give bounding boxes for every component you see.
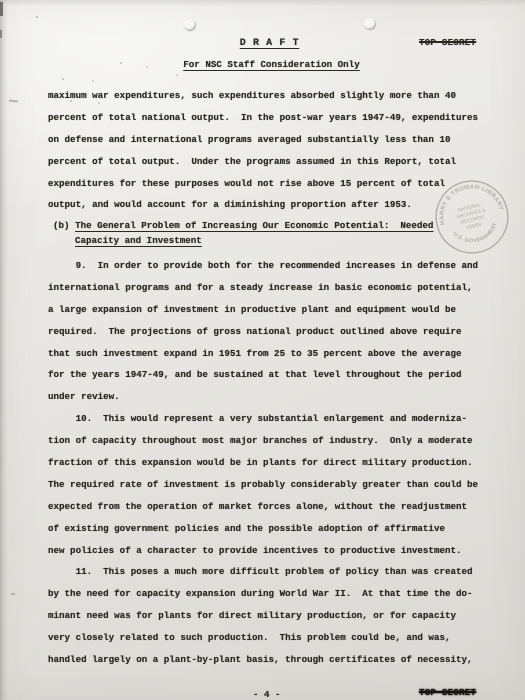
document-subtitle-text: For NSC Staff Consideration Only: [183, 59, 359, 70]
section-heading-text1: The General Problem of Increasing Our Ec…: [75, 220, 433, 231]
text-line: of existing government policies and the …: [48, 518, 478, 540]
text-line: that such investment expand in 1951 from…: [48, 343, 478, 365]
document-title-text: D R A F T: [240, 38, 299, 49]
section-heading-line2: Capacity and Investment: [75, 233, 433, 248]
body-paragraphs: 9. In order to provide both for the reco…: [48, 255, 478, 671]
document-subtitle: For NSC Staff Consideration Only: [9, 59, 525, 70]
text-line: tion of capacity throughout most major b…: [48, 430, 478, 452]
document-page: TOP SECRET D R A F T For NSC Staff Consi…: [0, 0, 525, 700]
margin-pencil-mark: [11, 593, 15, 595]
hole-punch: [184, 19, 196, 31]
section-heading-text2: Capacity and Investment: [75, 235, 202, 246]
text-line: percent of total national output. In the…: [48, 107, 478, 129]
text-line: new policies of a character to provide i…: [48, 540, 478, 562]
paragraph-8-continuation: maximum war expenditures, such expenditu…: [48, 85, 478, 216]
text-line: handled largely on a plant-by-plant basi…: [48, 649, 478, 671]
document-title: D R A F T: [7, 38, 525, 49]
text-line: 11. This poses a much more difficult pro…: [48, 561, 478, 583]
section-label: (b): [53, 220, 75, 231]
text-line: maximum war expenditures, such expenditu…: [48, 85, 478, 107]
text-line: output, and would account for a diminish…: [48, 194, 478, 216]
truman-library-stamp: HARRY S TRUMAN LIBRARY U.S. GOVERNMENT N…: [425, 170, 520, 265]
page-number: - 4 -: [253, 689, 281, 700]
text-line: The required rate of investment is proba…: [48, 474, 478, 496]
scan-edge-mark: [0, 30, 2, 38]
paper-speckles: [0, 0, 2, 2]
text-line: 10. This would represent a very substant…: [48, 408, 478, 430]
margin-pencil-mark: [9, 100, 18, 103]
text-line: for the years 1947-49, and be sustained …: [48, 364, 478, 386]
text-line: on defense and international programs av…: [48, 129, 478, 151]
hole-punch: [364, 18, 376, 30]
text-line: expenditures for these purposes would no…: [48, 173, 478, 195]
text-line: international programs and for a steady …: [48, 277, 478, 299]
section-heading: (b) The General Problem of Increasing Ou…: [53, 218, 433, 248]
text-line: by the need for capacity expansion durin…: [48, 583, 478, 605]
text-line: minant need was for plants for direct mi…: [48, 605, 478, 627]
scan-edge-shadow: [0, 0, 8, 700]
section-heading-line1: (b) The General Problem of Increasing Ou…: [53, 218, 433, 233]
text-line: fraction of this expansion would be in p…: [48, 452, 478, 474]
text-line: expected from the operation of market fo…: [48, 496, 478, 518]
classification-stamp-bottom: TOP SECRET: [419, 687, 476, 698]
text-line: under review.: [48, 386, 478, 408]
text-line: 9. In order to provide both for the reco…: [48, 255, 478, 277]
text-line: very closely related to such production.…: [48, 627, 478, 649]
text-line: required. The projections of gross natio…: [48, 321, 478, 343]
text-line: a large expansion of investment in produ…: [48, 299, 478, 321]
text-line: percent of total output. Under the progr…: [48, 151, 478, 173]
scan-edge-shadow-top: [0, 0, 525, 6]
scan-edge-mark: [0, 2, 3, 16]
